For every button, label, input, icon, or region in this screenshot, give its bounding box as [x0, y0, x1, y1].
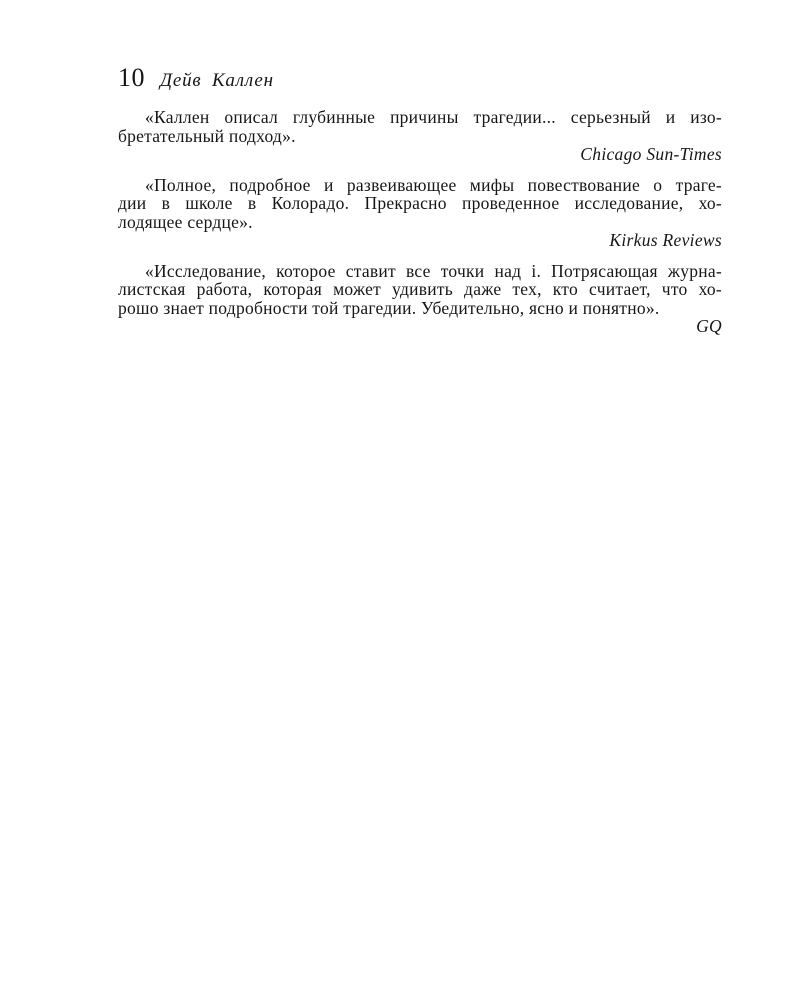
review-quote-3: «Исследование, которое ставит все точки …	[118, 262, 722, 336]
quote-line: лодящее сердце».	[118, 213, 722, 232]
quote-source: GQ	[118, 317, 722, 336]
quote-line: листская работа, которая может удивить д…	[118, 280, 722, 299]
book-page: 10 Дейв Каллен «Каллен описал глубинные …	[0, 0, 800, 1000]
quote-line: бретательный подход».	[118, 127, 722, 146]
quote-line: дии в школе в Колорадо. Прекрасно провед…	[118, 194, 722, 213]
page-number: 10	[118, 66, 145, 89]
quote-text: «Полное, подробное и развеивающее мифы п…	[118, 176, 722, 232]
review-quote-1: «Каллен описал глубинные причины трагеди…	[118, 108, 722, 164]
running-head-title: Дейв Каллен	[160, 70, 274, 92]
quote-line: «Полное, подробное и развеивающее мифы п…	[118, 176, 722, 195]
page-header: 10 Дейв Каллен	[118, 66, 722, 89]
quote-text: «Каллен описал глубинные причины трагеди…	[118, 108, 722, 145]
review-quote-2: «Полное, подробное и развеивающее мифы п…	[118, 176, 722, 250]
review-quotes: «Каллен описал глубинные причины трагеди…	[118, 108, 722, 336]
quote-source: Kirkus Reviews	[118, 231, 722, 250]
page-content: 10 Дейв Каллен «Каллен описал глубинные …	[0, 0, 800, 336]
quote-text: «Исследование, которое ставит все точки …	[118, 262, 722, 318]
quote-line: рошо знает подробности той трагедии. Убе…	[118, 299, 722, 318]
quote-line: «Исследование, которое ставит все точки …	[118, 262, 722, 281]
quote-source: Chicago Sun-Times	[118, 145, 722, 164]
quote-line: «Каллен описал глубинные причины трагеди…	[118, 108, 722, 127]
